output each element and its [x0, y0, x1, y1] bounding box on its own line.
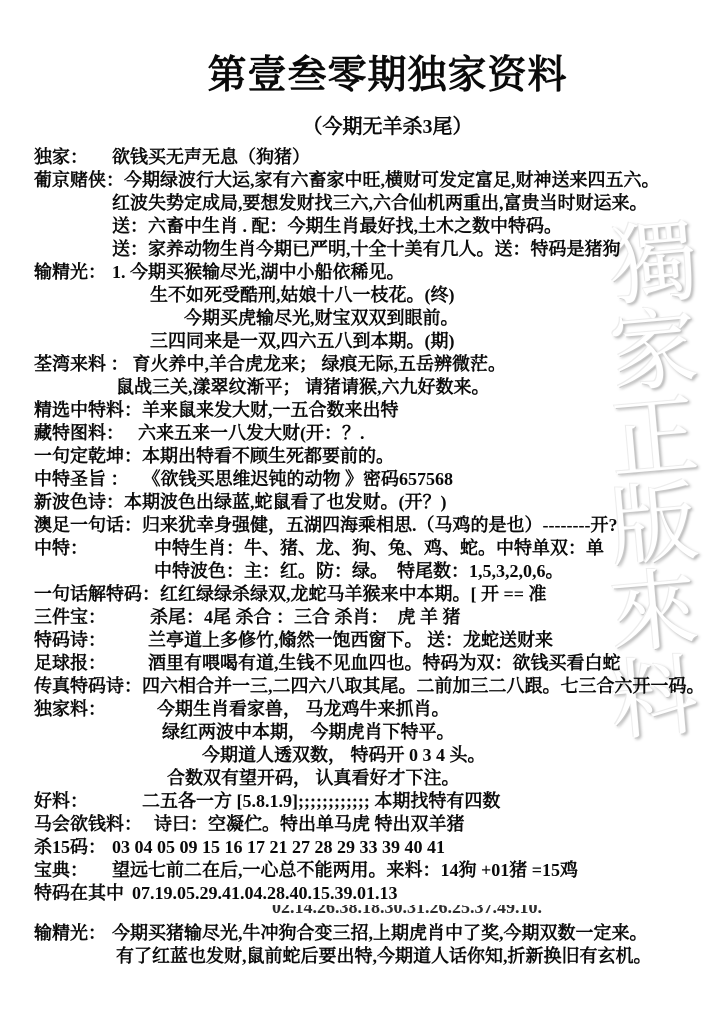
tip-line-label: 马会欲钱料：	[34, 813, 142, 836]
tip-line: 绿红两波中本期， 今期虎肖下特平。	[34, 721, 719, 744]
tip-line-label: 新波色诗：	[34, 491, 124, 514]
tip-line-text: 鼠战三关,漾翠纹渐平； 请猪请猴,六九好数来。	[116, 376, 490, 399]
tip-line-label: 传真特码诗：	[34, 675, 142, 698]
tip-line-label: 输精光：	[34, 261, 112, 284]
tip-line-text: 1. 今期买猴输尽光,湖中小船依稀见。	[112, 261, 405, 284]
tip-line: 特码诗： 兰亭道上多修竹,翛然一饱西窗下。 送：龙蛇送财来	[34, 629, 719, 652]
tip-line-label: 一句话解特码：	[34, 583, 160, 606]
tip-line: 澳足一句话： 归来犹幸身强健，五湖四海乘相思.（马鸡的是也）--------开?	[34, 514, 719, 537]
tip-line-text: 三四同来是一双,四六五八到本期。(期)	[150, 330, 455, 353]
tip-line-text: 杀尾：4尾 杀合 ：三合 杀肖： 虎 羊 猪	[150, 606, 461, 629]
tip-line: 传真特码诗： 四六相合并一三,二四六八取其尾。二前加三二八跟。七三合六开一码。	[34, 675, 719, 698]
tip-line: 独家： 欲钱买无声无息（狗猪）	[34, 146, 719, 169]
tip-line-label: 独家料：	[34, 698, 112, 721]
tip-line-text: 本期波色出绿蓝,蛇鼠看了也发财。(开？)	[124, 491, 447, 514]
tip-line-text: 今期绿波行大运,家有六畜家中旺,横财可发定富足,财神送来四五六。	[124, 169, 660, 192]
tip-line-text: 四六相合并一三,二四六八取其尾。二前加三二八跟。七三合六开一码。	[142, 675, 705, 698]
tip-line: 今期道人透双数， 特码开 0 3 4 头。	[34, 744, 719, 767]
tip-line-text: 送：家养动物生肖今期已严明,十全十美有几人。送：特码是猪狗	[112, 238, 621, 261]
tip-line-text: 中特生肖：牛、猪、龙、狗、兔、鸡、蛇。中特单双：单	[154, 537, 604, 560]
tip-line: 葡京赌侠： 今期绿波行大运,家有六畜家中旺,横财可发定富足,财神送来四五六。	[34, 169, 719, 192]
tip-line: 好料： 二五各一方 [5.8.1.9];;;;;;;;;;;; 本期找特有四数	[34, 790, 719, 813]
tip-line: 今期买虎输尽光,财宝双双到眼前。	[34, 307, 719, 330]
tip-line-label: 葡京赌侠：	[34, 169, 124, 192]
tip-line-text: 生不如死受酷刑,姑娘十八一枝花。(终)	[150, 284, 455, 307]
tip-line-text: 欲钱买无声无息（狗猪）	[112, 146, 310, 169]
tip-line: 宝典： 望远七前二在后,一心总不能两用。来料：14狗 +01猪 =15鸡	[34, 859, 719, 882]
tip-line-label: 一句定乾坤：	[34, 445, 142, 468]
tip-line-text: 羊来鼠来发大财,一五合数来出特	[142, 399, 399, 422]
tip-line: 一句话解特码： 红红绿绿杀绿双,龙蛇马羊猴来中本期。[ 开 == 准	[34, 583, 719, 606]
tip-line: 送：六畜中生肖 . 配：今期生肖最好找,土木之数中特码。	[34, 215, 719, 238]
tip-line-text: 07.19.05.29.41.04.28.40.15.39.01.13	[132, 882, 398, 905]
tip-line-text: 红红绿绿杀绿双,龙蛇马羊猴来中本期。[ 开 == 准	[160, 583, 547, 606]
page-title: 第壹叁零期独家资料	[26, 0, 723, 100]
tip-line: 特码在其中 07.19.05.29.41.04.28.40.15.39.01.1…	[34, 882, 719, 905]
tip-line: 输精光： 今期买猪输尽光,牛冲狗合变三招,上期虎肖中了奖,今期双数一定来。	[34, 922, 719, 945]
tip-line-text: 合数双有望开码， 认真看好才下注。	[167, 767, 460, 790]
tip-line-label: 三件宝：	[34, 606, 112, 629]
tip-line-text: 绿红两波中本期， 今期虎肖下特平。	[162, 721, 455, 744]
tip-line: 杀15码： 03 04 05 09 15 16 17 21 27 28 29 3…	[34, 836, 719, 859]
tip-line: 有了红蓝也发财,鼠前蛇后要出特,今期道人话你知,折新换旧有玄机。	[34, 945, 719, 968]
tip-line: 荃湾来料 ： 育火养中,羊合虎龙来； 绿痕无际,五岳辨微茫。	[34, 353, 719, 376]
tip-sheet-page: 第壹叁零期独家资料 （今期无羊杀3尾） 独家： 欲钱买无声无息（狗猪） 葡京赌侠…	[0, 0, 723, 1024]
tip-line: 中特圣旨 ： 《欲钱买思维迟钝的动物 》密码657568	[34, 468, 719, 491]
tip-line-text: 03 04 05 09 15 16 17 21 27 28 29 33 39 4…	[112, 836, 445, 859]
tip-line: 新波色诗： 本期波色出绿蓝,蛇鼠看了也发财。(开？)	[34, 491, 719, 514]
tip-line: 精选中特料： 羊来鼠来发大财,一五合数来出特	[34, 399, 719, 422]
tip-line-text: 酒里有喂喝有道,生钱不见血四也。特码为双：欲钱买看白蛇	[148, 652, 621, 675]
tip-line-text: 六来五来一八发大财(开：？.	[138, 422, 365, 445]
tip-line-label: 澳足一句话：	[34, 514, 142, 537]
tip-line: 独家料： 今期生肖看家兽， 马龙鸡牛来抓肖。	[34, 698, 719, 721]
tip-line-text: 红波失势定成局,要想发财找三六,六合仙机两重出,富贵当时财运来。	[112, 192, 648, 215]
tip-line: 一句定乾坤： 本期出特看不顾生死都要前的。	[34, 445, 719, 468]
tip-line-text: 今期道人透双数， 特码开 0 3 4 头。	[202, 744, 486, 767]
tip-line-label: 精选中特料：	[34, 399, 142, 422]
tip-line: 马会欲钱料： 诗曰：空凝伫。特出单马虎 特出双羊猪	[34, 813, 719, 836]
tip-line-text: 今期生肖看家兽， 马龙鸡牛来抓肖。	[157, 698, 450, 721]
tips-list: 独家： 欲钱买无声无息（狗猪） 葡京赌侠： 今期绿波行大运,家有六畜家中旺,横财…	[0, 146, 723, 968]
tip-line: 送：家养动物生肖今期已严明,十全十美有几人。送：特码是猪狗	[34, 238, 719, 261]
tip-line: 中特： 中特生肖：牛、猪、龙、狗、兔、鸡、蛇。中特单双：单	[34, 537, 719, 560]
tip-line: 合数双有望开码， 认真看好才下注。	[34, 767, 719, 790]
tip-line: 02.14.26.38.18.30.31.26.25.37.49.10.	[34, 905, 719, 922]
tip-line: 三四同来是一双,四六五八到本期。(期)	[34, 330, 719, 353]
tip-line-text: 02.14.26.38.18.30.31.26.25.37.49.10.	[272, 905, 542, 919]
tip-line-text: 望远七前二在后,一心总不能两用。来料：14狗 +01猪 =15鸡	[112, 859, 578, 882]
tip-line-label: 独家：	[34, 146, 112, 169]
tip-line-text: 兰亭道上多修竹,翛然一饱西窗下。 送：龙蛇送财来	[148, 629, 553, 652]
tip-line-text: 归来犹幸身强健，五湖四海乘相思.（马鸡的是也）--------开?	[142, 514, 617, 537]
tip-line-label: 宝典：	[34, 859, 112, 882]
tip-line: 三件宝： 杀尾：4尾 杀合 ：三合 杀肖： 虎 羊 猪	[34, 606, 719, 629]
tip-line-text: 今期买猪输尽光,牛冲狗合变三招,上期虎肖中了奖,今期双数一定来。	[112, 922, 648, 945]
tip-line-label: 荃湾来料 ：	[34, 353, 129, 376]
tip-line-text: 《欲钱买思维迟钝的动物 》密码657568	[143, 468, 454, 491]
tip-line: 中特波色：主：红。防：绿。 特尾数：1,5,3,2,0,6。	[34, 560, 719, 583]
tip-line-label: 杀15码：	[34, 836, 112, 859]
tip-line-label: 特码诗：	[34, 629, 112, 652]
tip-line-text: 本期出特看不顾生死都要前的。	[142, 445, 394, 468]
tip-line-text: 育火养中,羊合虎龙来； 绿痕无际,五岳辨微茫。	[133, 353, 507, 376]
tip-line-text: 二五各一方 [5.8.1.9];;;;;;;;;;;; 本期找特有四数	[142, 790, 500, 813]
tip-line-label: 好料：	[34, 790, 112, 813]
tip-line-label: 足球报：	[34, 652, 112, 675]
tip-line-label: 中特圣旨 ：	[34, 468, 129, 491]
tip-line: 鼠战三关,漾翠纹渐平； 请猪请猴,六九好数来。	[34, 376, 719, 399]
tip-line-text: 今期买虎输尽光,财宝双双到眼前。	[184, 307, 459, 330]
tip-line-text: 中特波色：主：红。防：绿。 特尾数：1,5,3,2,0,6。	[154, 560, 564, 583]
tip-line-label: 输精光：	[34, 922, 112, 945]
tip-line: 输精光： 1. 今期买猴输尽光,湖中小船依稀见。	[34, 261, 719, 284]
tip-line: 红波失势定成局,要想发财找三六,六合仙机两重出,富贵当时财运来。	[34, 192, 719, 215]
page-subtitle: （今期无羊杀3尾）	[26, 110, 723, 139]
tip-line-text: 送：六畜中生肖 . 配：今期生肖最好找,土木之数中特码。	[112, 215, 562, 238]
tip-line-text: 诗曰：空凝伫。特出单马虎 特出双羊猪	[154, 813, 465, 836]
tip-line-label: 特码在其中	[34, 882, 124, 905]
tip-line: 藏特图料： 六来五来一八发大财(开：？.	[34, 422, 719, 445]
tip-line-text: 有了红蓝也发财,鼠前蛇后要出特,今期道人话你知,折新换旧有玄机。	[116, 945, 652, 968]
tip-line-label: 藏特图料：	[34, 422, 124, 445]
tip-line: 生不如死受酷刑,姑娘十八一枝花。(终)	[34, 284, 719, 307]
tip-line-label: 中特：	[34, 537, 112, 560]
tip-line: 足球报： 酒里有喂喝有道,生钱不见血四也。特码为双：欲钱买看白蛇	[34, 652, 719, 675]
